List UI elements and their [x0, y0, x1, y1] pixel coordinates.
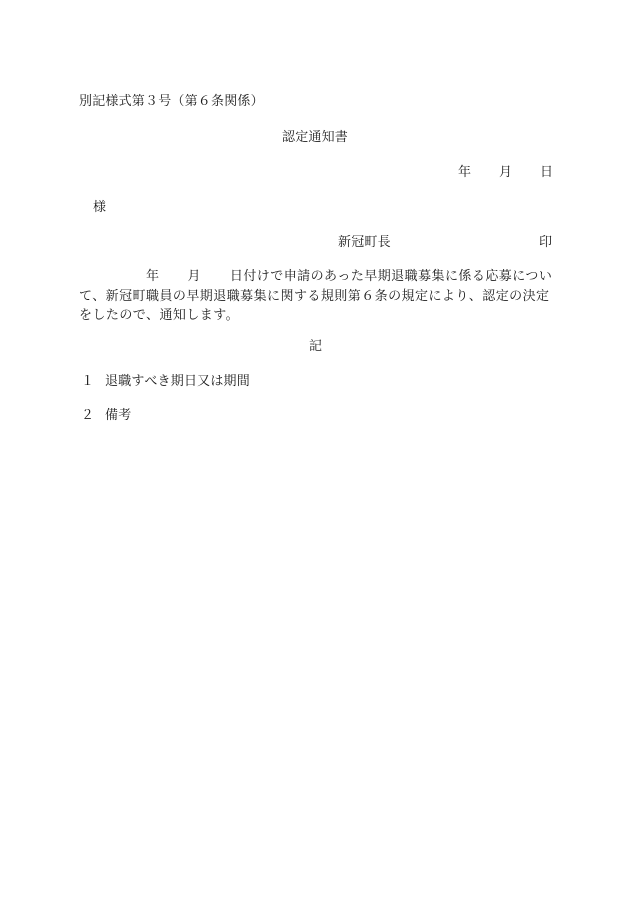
notice-body: 年月日付けで申請のあった早期退職募集に係る応募につい て、新冠町職員の早期退職募…	[79, 267, 553, 326]
list-item: １退職すべき期日又は期間	[81, 374, 250, 390]
list-item: ２備考	[81, 408, 131, 424]
date-year-label: 年	[458, 165, 471, 181]
item-label: 備考	[105, 408, 131, 423]
date-month-label: 月	[499, 165, 512, 181]
date-day-label: 日	[540, 165, 553, 181]
body-line-2: て、新冠町職員の早期退職募集に関する規則第６条の規定により、認定の決定	[79, 287, 553, 307]
document-title: 認定通知書	[282, 130, 348, 146]
addressee-suffix: 様	[93, 200, 106, 216]
body-line-1: 年月日付けで申請のあった早期退職募集に係る応募につい	[79, 267, 553, 287]
body-line-1-text: 日付けで申請のあった早期退職募集に係る応募につい	[230, 269, 552, 284]
body-year-label: 年	[146, 269, 159, 284]
item-number: １	[81, 374, 105, 390]
body-line-3: をしたので、通知します。	[79, 306, 553, 326]
note-heading: 記	[309, 339, 322, 355]
item-number: ２	[81, 408, 105, 424]
body-month-label: 月	[187, 269, 200, 284]
form-number: 別記様式第３号（第６条関係）	[79, 94, 264, 110]
seal-mark: 印	[539, 235, 552, 251]
document-page: 別記様式第３号（第６条関係） 認定通知書 年 月 日 様 新冠町長 印 年月日付…	[0, 0, 630, 903]
issuer-name: 新冠町長	[338, 235, 391, 251]
item-label: 退職すべき期日又は期間	[105, 374, 250, 389]
